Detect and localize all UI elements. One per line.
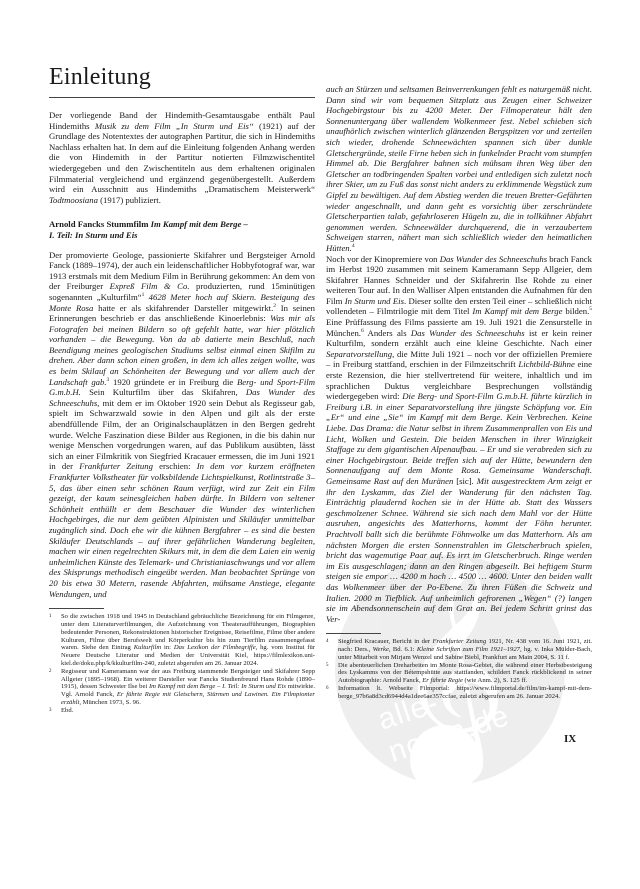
footnote-number: 5 <box>326 662 329 670</box>
left-column: Einleitung Der vorliegende Band der Hind… <box>49 63 315 714</box>
footnote: 2Regisseur und Kameramann war der aus Fr… <box>49 668 315 707</box>
page-number: IX <box>564 733 576 745</box>
right-column: auch an Stürzen und seltsamen Beinverren… <box>326 84 592 701</box>
footnote: 6Information lt. Webseite Filmportal: ht… <box>326 685 592 701</box>
footnote-number: 4 <box>326 638 329 646</box>
watermark-decoration <box>410 725 480 795</box>
paragraph-2: Noch vor der Kinopremiere von Das Wunder… <box>326 254 592 625</box>
footnote-number: 6 <box>326 685 329 693</box>
footnote: 1So die zwischen 1918 und 1945 in Deutsc… <box>49 613 315 668</box>
footnote-number: 2 <box>49 668 52 676</box>
section-paragraph: Der promovierte Geologe, passionierte Sk… <box>49 250 315 600</box>
footnote-number: 3 <box>49 707 52 715</box>
footnotes-right: 4Siegfried Kracauer, Bericht in der Fran… <box>326 638 592 700</box>
footnote-rule <box>326 633 381 634</box>
footnote-ref[interactable]: 5 <box>589 307 592 313</box>
section-heading: Arnold Fancks Stummfilm Im Kampf mit dem… <box>49 219 315 240</box>
footnote-number: 1 <box>49 613 52 621</box>
footnote: 4Siegfried Kracauer, Bericht in der Fran… <box>326 638 592 661</box>
footnotes-left: 1So die zwischen 1918 und 1945 in Deutsc… <box>49 613 315 714</box>
title-rule <box>49 97 315 98</box>
continued-quote: auch an Stürzen und seltsamen Beinverren… <box>326 84 592 254</box>
footnote: 5Die abenteuerlichen Dreharbeiten im Mon… <box>326 662 592 685</box>
footnote-rule <box>49 608 104 609</box>
footnote-ref[interactable]: 4 <box>352 243 355 249</box>
intro-paragraph: Der vorliegende Band der Hindemith-Gesam… <box>49 110 315 205</box>
page-title: Einleitung <box>49 63 315 91</box>
footnote: 3Ebd. <box>49 707 315 715</box>
